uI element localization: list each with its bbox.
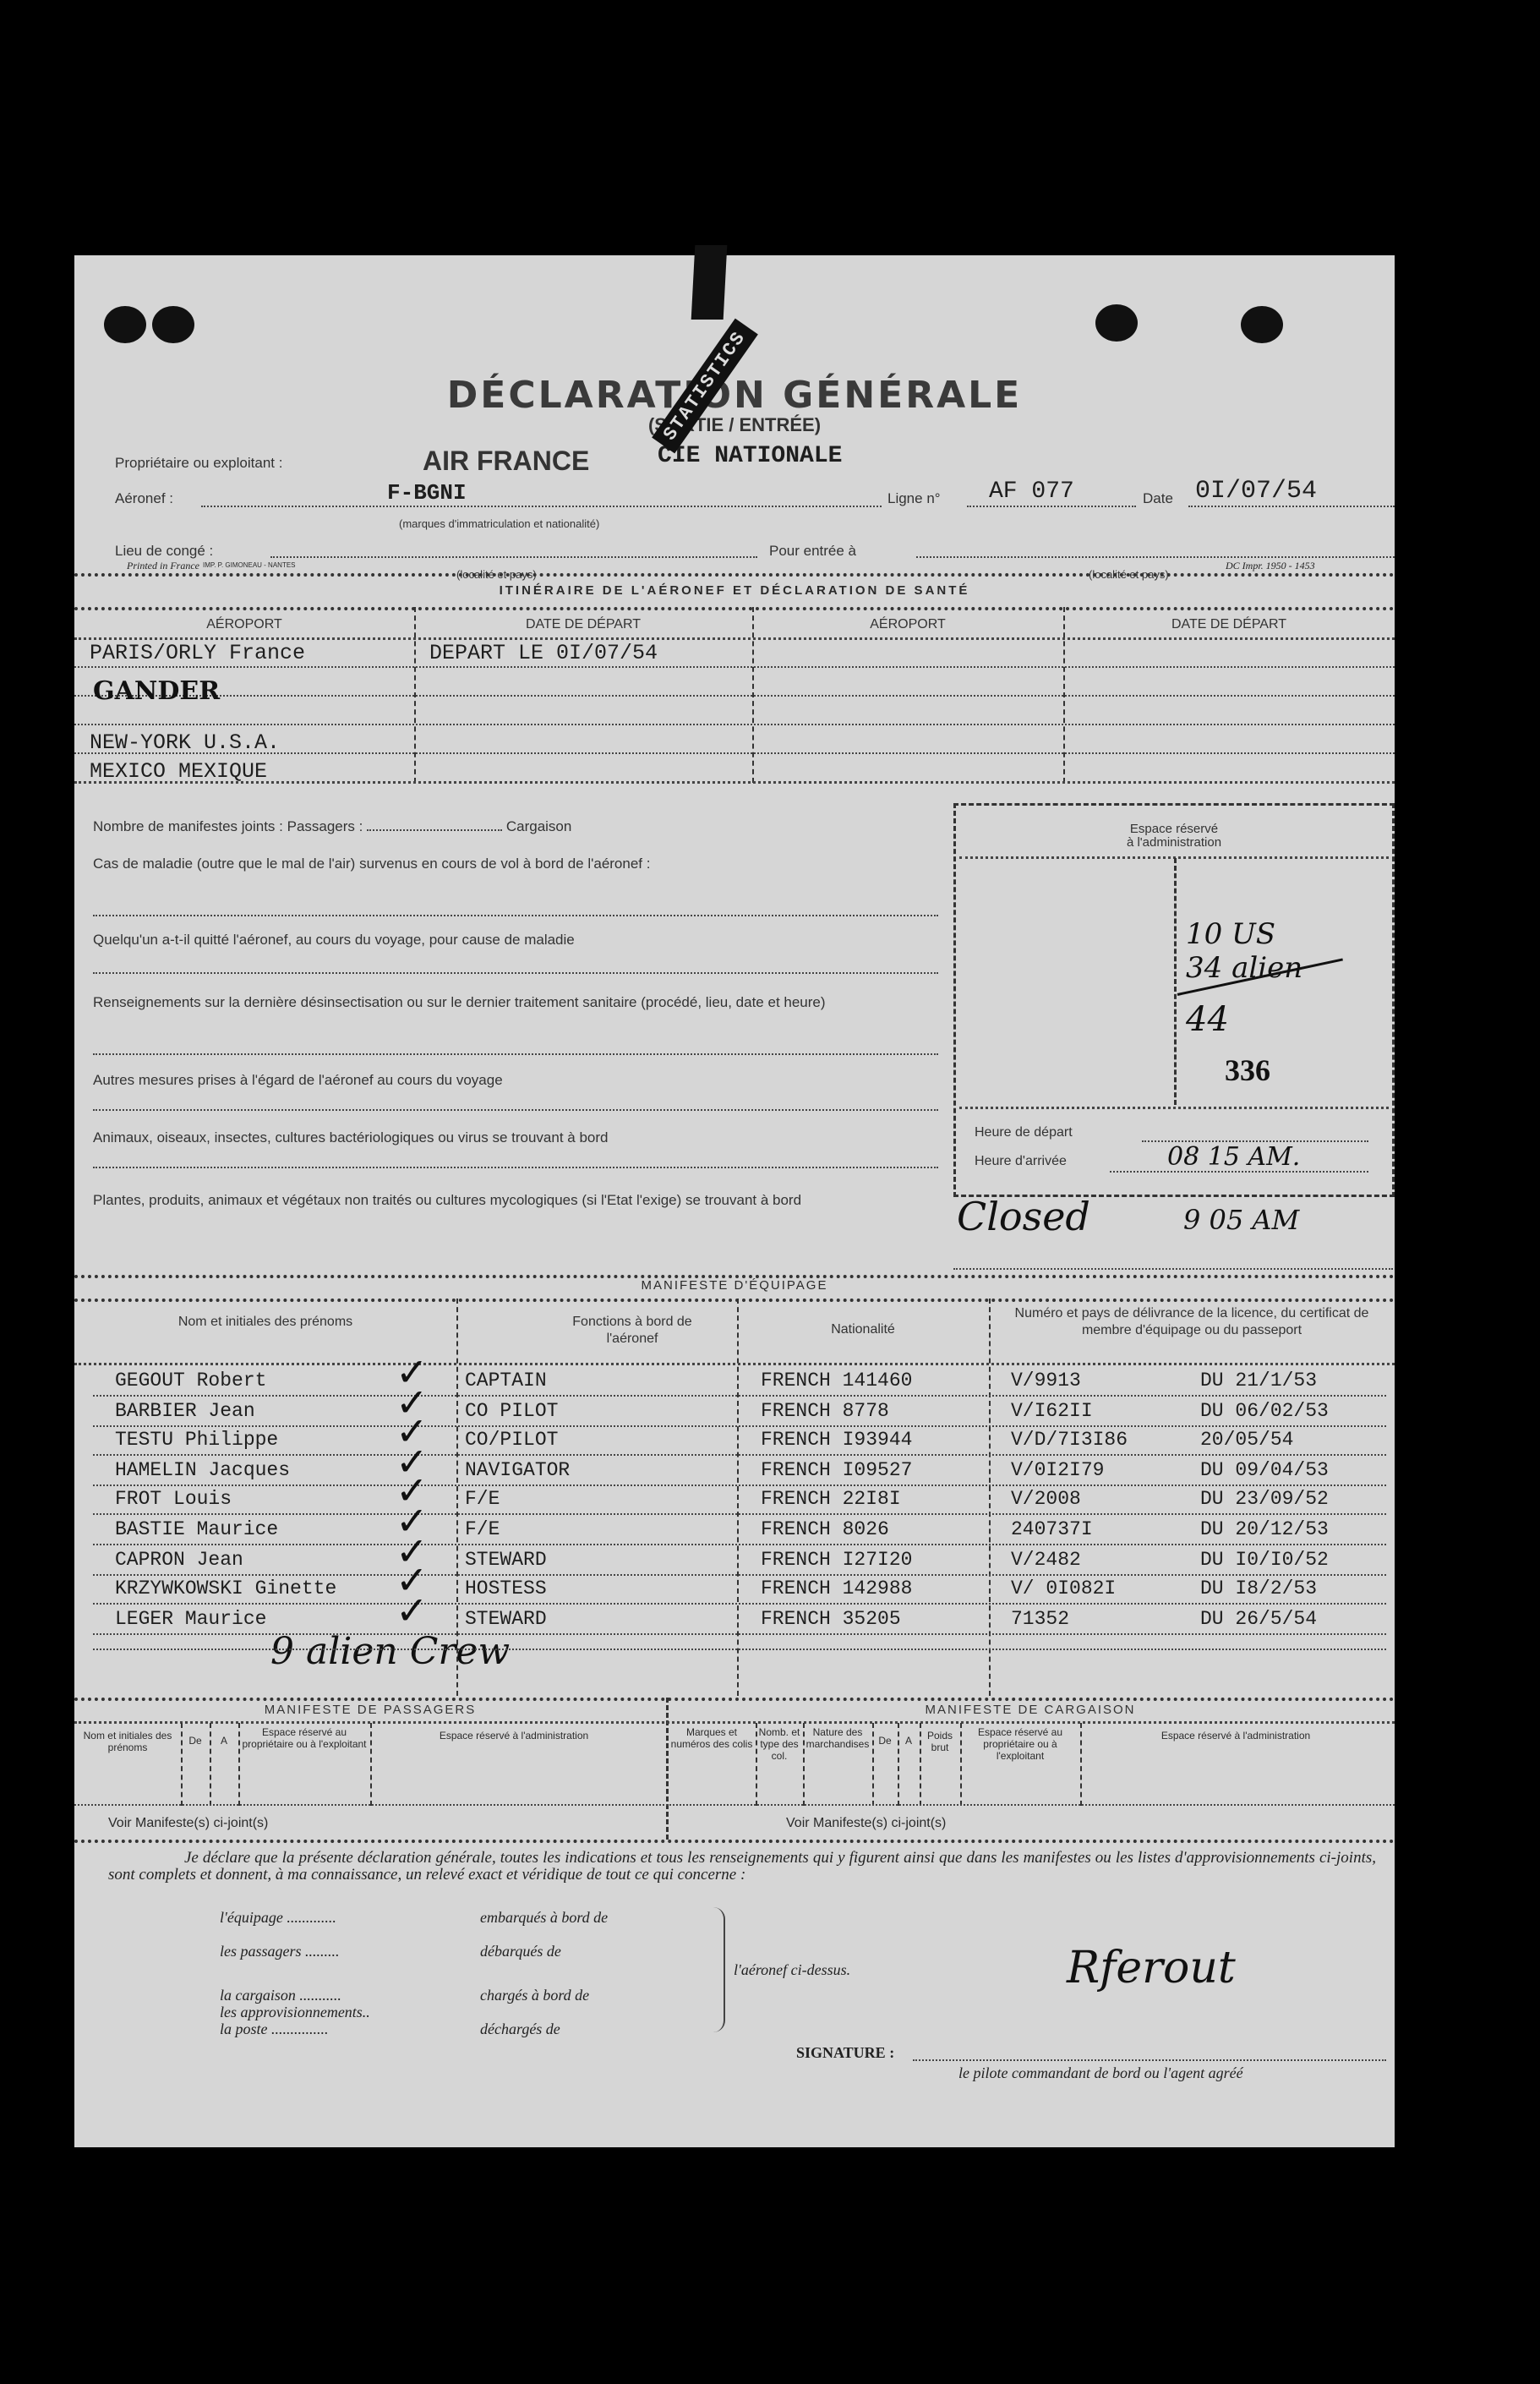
health-manifests: Nombre de manifestes joints : Passagers …	[93, 818, 904, 835]
crew-license-date: 20/05/54	[1200, 1429, 1293, 1451]
itinerary-title: ITINÉRAIRE DE L'AÉRONEF ET DÉCLARATION D…	[74, 583, 1395, 598]
arrival-time-value: 08 15 AM.	[1167, 1142, 1300, 1172]
closed-note: Closed	[957, 1194, 1090, 1239]
form-title: DÉCLARATION GÉNÉRALE	[74, 374, 1395, 417]
departure-place-label: Lieu de congé :	[115, 543, 213, 560]
crew-license-number: V/2008	[1011, 1488, 1081, 1510]
crew-license-date: DU I8/2/53	[1200, 1577, 1317, 1599]
col-header-airport-1: AÉROPORT	[74, 617, 414, 632]
owner-label: Propriétaire ou exploitant :	[115, 455, 282, 472]
col-header-date-1: DATE DE DÉPART	[414, 617, 752, 632]
crew-nationality: FRENCH 35205	[761, 1608, 901, 1630]
closed-time: 9 05 AM	[1183, 1204, 1299, 1236]
crew-nationality: FRENCH I93944	[761, 1429, 912, 1451]
aircraft-caption: (marques d'immatriculation et nationalit…	[399, 517, 599, 530]
crew-function: F/E	[465, 1488, 500, 1510]
cargo-col-marks: Marques et numéros des colis	[668, 1726, 756, 1750]
col-header-airport-2: AÉROPORT	[752, 617, 1063, 632]
handwritten-alien-crew-note: 9 alien Crew	[270, 1630, 510, 1673]
pax-col-from: De	[181, 1735, 210, 1747]
cargo-col-weight: Poids brut	[920, 1730, 960, 1753]
item-crew: l'équipage .............	[220, 1909, 336, 1926]
cargo-see-attached: Voir Manifeste(s) ci-joint(s)	[786, 1816, 946, 1831]
crew-license-date: DU I0/I0/52	[1200, 1549, 1329, 1571]
manifests-passengers-label: Nombre de manifestes joints : Passagers …	[93, 818, 363, 834]
col-header-date-2: DATE DE DÉPART	[1063, 617, 1395, 632]
cargo-col-operator: Espace réservé au propriétaire ou à l'ex…	[962, 1726, 1079, 1762]
crew-license-number: V/I62II	[1011, 1400, 1093, 1422]
crew-name: FROT Louis	[115, 1488, 232, 1510]
crew-name: LEGER Maurice	[115, 1608, 266, 1630]
crew-manifest-title: MANIFESTE D'ÉQUIPAGE	[74, 1278, 1395, 1293]
itinerary-airport-row-4: MEXICO MEXIQUE	[90, 759, 267, 784]
crew-function: F/E	[465, 1518, 500, 1540]
action-unloaded: déchargés de	[480, 2020, 560, 2038]
line-label: Ligne n°	[887, 490, 941, 507]
itinerary-airport-row-3: NEW-YORK U.S.A.	[90, 730, 280, 755]
item-cargo: la cargaison ...........	[220, 1987, 341, 2004]
form-subtitle: (SORTIE / ENTRÉE)	[74, 414, 1395, 436]
itinerary-date-row-1: DEPART LE 0I/07/54	[429, 641, 658, 665]
cargo-col-count: Nomb. et type des col.	[756, 1726, 803, 1762]
crew-function: CO PILOT	[465, 1400, 558, 1422]
admin-reserved-box: Espace réservé à l'administration 10 US …	[953, 803, 1395, 1197]
crew-name: BARBIER Jean	[115, 1400, 255, 1422]
itinerary-table: AÉROPORT DATE DE DÉPART AÉROPORT DATE DE…	[74, 607, 1395, 790]
crew-col-nationality: Nationalité	[737, 1322, 989, 1337]
owner-value-printed: AIR FRANCE	[423, 446, 589, 477]
crew-name: CAPRON Jean	[115, 1549, 243, 1571]
pax-col-name: Nom et initiales des prénoms	[74, 1730, 181, 1753]
passenger-manifest-title: MANIFESTE DE PASSAGERS	[74, 1703, 666, 1717]
printer-note: Printed in France	[127, 560, 199, 572]
crew-function: NAVIGATOR	[465, 1459, 570, 1481]
crew-col-license: Numéro et pays de délivrance de la licen…	[1001, 1305, 1383, 1339]
crew-license-number: 71352	[1011, 1608, 1069, 1630]
crew-nationality: FRENCH 142988	[761, 1577, 912, 1599]
itinerary-airport-row-2: GANDER	[93, 676, 220, 706]
pax-col-operator: Espace réservé au propriétaire ou à l'ex…	[240, 1726, 369, 1750]
crew-license-number: V/ 0I082I	[1011, 1577, 1116, 1599]
itinerary-airport-row-1: PARIS/ORLY France	[90, 641, 305, 665]
declaration-text: Je déclare que la présente déclaration g…	[108, 1850, 1376, 1884]
health-question-1: Cas de maladie (outre que le mal de l'ai…	[93, 849, 938, 878]
crew-name: KRZYWKOWSKI Ginette	[115, 1577, 336, 1599]
crew-nationality: FRENCH I27I20	[761, 1549, 912, 1571]
health-question-3: Renseignements sur la dernière désinsect…	[93, 987, 938, 1017]
cargo-col-to: A	[898, 1735, 920, 1747]
aircraft-registration: F-BGNI	[387, 480, 467, 506]
crew-license-date: DU 06/02/53	[1200, 1400, 1329, 1422]
admin-stamp-number: 336	[1225, 1053, 1270, 1088]
crew-license-date: DU 26/5/54	[1200, 1608, 1317, 1630]
crew-license-number: V/2482	[1011, 1549, 1081, 1571]
crew-license-date: DU 20/12/53	[1200, 1518, 1329, 1540]
manifests-cargo-label: Cargaison	[506, 818, 572, 834]
crew-function: STEWARD	[465, 1549, 547, 1571]
date-label: Date	[1143, 490, 1173, 507]
action-embarked: embarqués à bord de	[480, 1909, 608, 1927]
crew-function: STEWARD	[465, 1608, 547, 1630]
aircraft-reference: l'aéronef ci-dessus.	[734, 1961, 850, 1979]
action-loaded: chargés à bord de	[480, 1987, 589, 2004]
admin-note-total: 44	[1186, 1000, 1229, 1039]
crew-license-number: 240737I	[1011, 1518, 1093, 1540]
crew-nationality: FRENCH 22I8I	[761, 1488, 901, 1510]
signature-caption: le pilote commandant de bord ou l'agent …	[958, 2064, 1243, 2082]
pax-col-to: A	[210, 1735, 238, 1747]
cargo-col-from: De	[872, 1735, 898, 1747]
health-question-4: Autres mesures prises à l'égard de l'aér…	[93, 1072, 938, 1089]
item-passengers: les passagers .........	[220, 1943, 340, 1960]
health-question-2: Quelqu'un a-t-il quitté l'aéronef, au co…	[93, 932, 938, 949]
health-question-6: Plantes, produits, animaux et végétaux n…	[93, 1185, 938, 1215]
form-code: DC Impr. 1950 - 1453	[1226, 560, 1315, 572]
owner-value-typed: CIE NATIONALE	[658, 443, 842, 469]
brace	[712, 1907, 725, 2032]
pax-col-admin: Espace réservé à l'administration	[379, 1730, 649, 1742]
crew-function: CO/PILOT	[465, 1429, 558, 1451]
checkmark-icon: ✓	[396, 1588, 429, 1633]
crew-name: GEGOUT Robert	[115, 1370, 266, 1392]
passenger-cargo-manifests: MANIFESTE DE PASSAGERS MANIFESTE DE CARG…	[74, 1698, 1395, 1841]
aircraft-label: Aéronef :	[115, 490, 173, 507]
crew-license-date: DU 21/1/53	[1200, 1370, 1317, 1392]
departure-time-label: Heure de départ	[975, 1125, 1073, 1140]
crew-license-date: DU 09/04/53	[1200, 1459, 1329, 1481]
crew-license-date: DU 23/09/52	[1200, 1488, 1329, 1510]
date-value: 0I/07/54	[1195, 477, 1317, 506]
crew-nationality: FRENCH I09527	[761, 1459, 912, 1481]
crew-name: BASTIE Maurice	[115, 1518, 278, 1540]
line-number: AF 077	[989, 478, 1074, 505]
form-header: DÉCLARATION GÉNÉRALE (SORTIE / ENTRÉE) P…	[74, 255, 1395, 593]
pilot-signature: Rferout	[1067, 1943, 1236, 1993]
crew-nationality: FRENCH 8026	[761, 1518, 889, 1540]
admin-note-us: 10 US	[1186, 917, 1275, 951]
action-disembarked: débarqués de	[480, 1943, 561, 1960]
cargo-manifest-title: MANIFESTE DE CARGAISON	[666, 1703, 1395, 1717]
item-mail: la poste ...............	[220, 2020, 329, 2037]
signature-label: SIGNATURE :	[796, 2044, 894, 2062]
crew-license-number: V/D/7I3I86	[1011, 1429, 1128, 1451]
cargo-col-admin: Espace réservé à l'administration	[1084, 1730, 1388, 1742]
arrival-time-label: Heure d'arrivée	[975, 1154, 1067, 1169]
crew-function: HOSTESS	[465, 1577, 547, 1599]
health-question-5: Animaux, oiseaux, insectes, cultures bac…	[93, 1129, 938, 1146]
entry-label: Pour entrée à	[769, 543, 856, 560]
admin-box-title: Espace réservé à l'administration	[956, 823, 1392, 850]
crew-name: TESTU Philippe	[115, 1429, 278, 1451]
printer-name: IMP. P. GIMONEAU - NANTES	[203, 561, 296, 569]
cargo-col-nature: Nature des marchandises	[803, 1726, 872, 1750]
crew-nationality: FRENCH 8778	[761, 1400, 889, 1422]
crew-function: CAPTAIN	[465, 1370, 547, 1392]
crew-nationality: FRENCH 141460	[761, 1370, 912, 1392]
crew-license-number: V/9913	[1011, 1370, 1081, 1392]
crew-name: HAMELIN Jacques	[115, 1459, 290, 1481]
passenger-see-attached: Voir Manifeste(s) ci-joint(s)	[108, 1816, 268, 1831]
crew-col-function: Fonctions à bord de l'aéronef	[548, 1314, 717, 1348]
crew-col-name: Nom et initiales des prénoms	[74, 1314, 456, 1331]
crew-license-number: V/0I2I79	[1011, 1459, 1104, 1481]
item-supplies: les approvisionnements..	[220, 2004, 370, 2020]
